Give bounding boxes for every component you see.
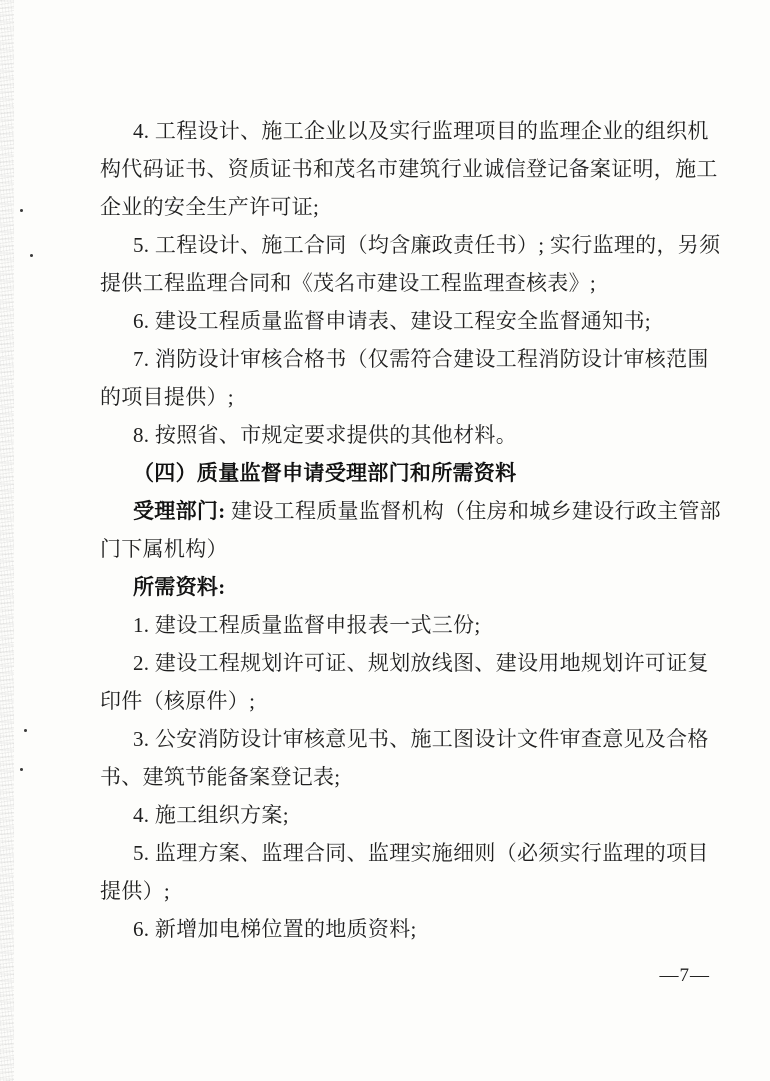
- scan-speckle: [20, 209, 23, 212]
- document-body: 4. 工程设计、施工企业以及实行监理项目的监理企业的组织机构代码证书、资质证书和…: [100, 112, 716, 948]
- text-line: 8. 按照省、市规定要求提供的其他材料。: [100, 416, 716, 454]
- scan-speckle: [30, 254, 33, 257]
- text-line: 3. 公安消防设计审核意见书、施工图设计文件审查意见及合格: [100, 720, 716, 758]
- text-line: 4. 施工组织方案;: [100, 796, 716, 834]
- text-line: 1. 建设工程质量监督申报表一式三份;: [100, 606, 716, 644]
- text-line: 构代码证书、资质证书和茂名市建筑行业诚信登记备案证明，施工: [100, 150, 716, 188]
- text-line: 5. 工程设计、施工合同（均含廉政责任书）; 实行监理的，另须: [100, 226, 716, 264]
- text-line: 受理部门: 建设工程质量监督机构（住房和城乡建设行政主管部: [100, 492, 716, 530]
- text-line: （四）质量监督申请受理部门和所需资料: [100, 454, 716, 492]
- text-line: 提供）;: [100, 872, 716, 910]
- scan-speckle: [24, 729, 27, 732]
- text-line: 门下属机构）: [100, 530, 716, 568]
- text-line: 6. 新增加电梯位置的地质资料;: [100, 910, 716, 948]
- text-line-bold-prefix: 受理部门:: [133, 499, 226, 523]
- text-line: 企业的安全生产许可证;: [100, 188, 716, 226]
- scan-noise-left-edge: [0, 0, 14, 1081]
- text-line: 5. 监理方案、监理合同、监理实施细则（必须实行监理的项目: [100, 834, 716, 872]
- text-line: 印件（核原件）;: [100, 682, 716, 720]
- text-line: 4. 工程设计、施工企业以及实行监理项目的监理企业的组织机: [100, 112, 716, 150]
- scanned-document-page: 4. 工程设计、施工企业以及实行监理项目的监理企业的组织机构代码证书、资质证书和…: [0, 0, 770, 1081]
- text-line: 提供工程监理合同和《茂名市建设工程监理查核表》;: [100, 264, 716, 302]
- text-line: 所需资料:: [100, 568, 716, 606]
- text-line: 书、建筑节能备案登记表;: [100, 758, 716, 796]
- text-line: 6. 建设工程质量监督申请表、建设工程安全监督通知书;: [100, 302, 716, 340]
- text-line: 的项目提供）;: [100, 378, 716, 416]
- text-line: 7. 消防设计审核合格书（仅需符合建设工程消防设计审核范围: [100, 340, 716, 378]
- page-number: —7—: [660, 965, 711, 987]
- text-line: 2. 建设工程规划许可证、规划放线图、建设用地规划许可证复: [100, 644, 716, 682]
- scan-speckle: [20, 768, 23, 771]
